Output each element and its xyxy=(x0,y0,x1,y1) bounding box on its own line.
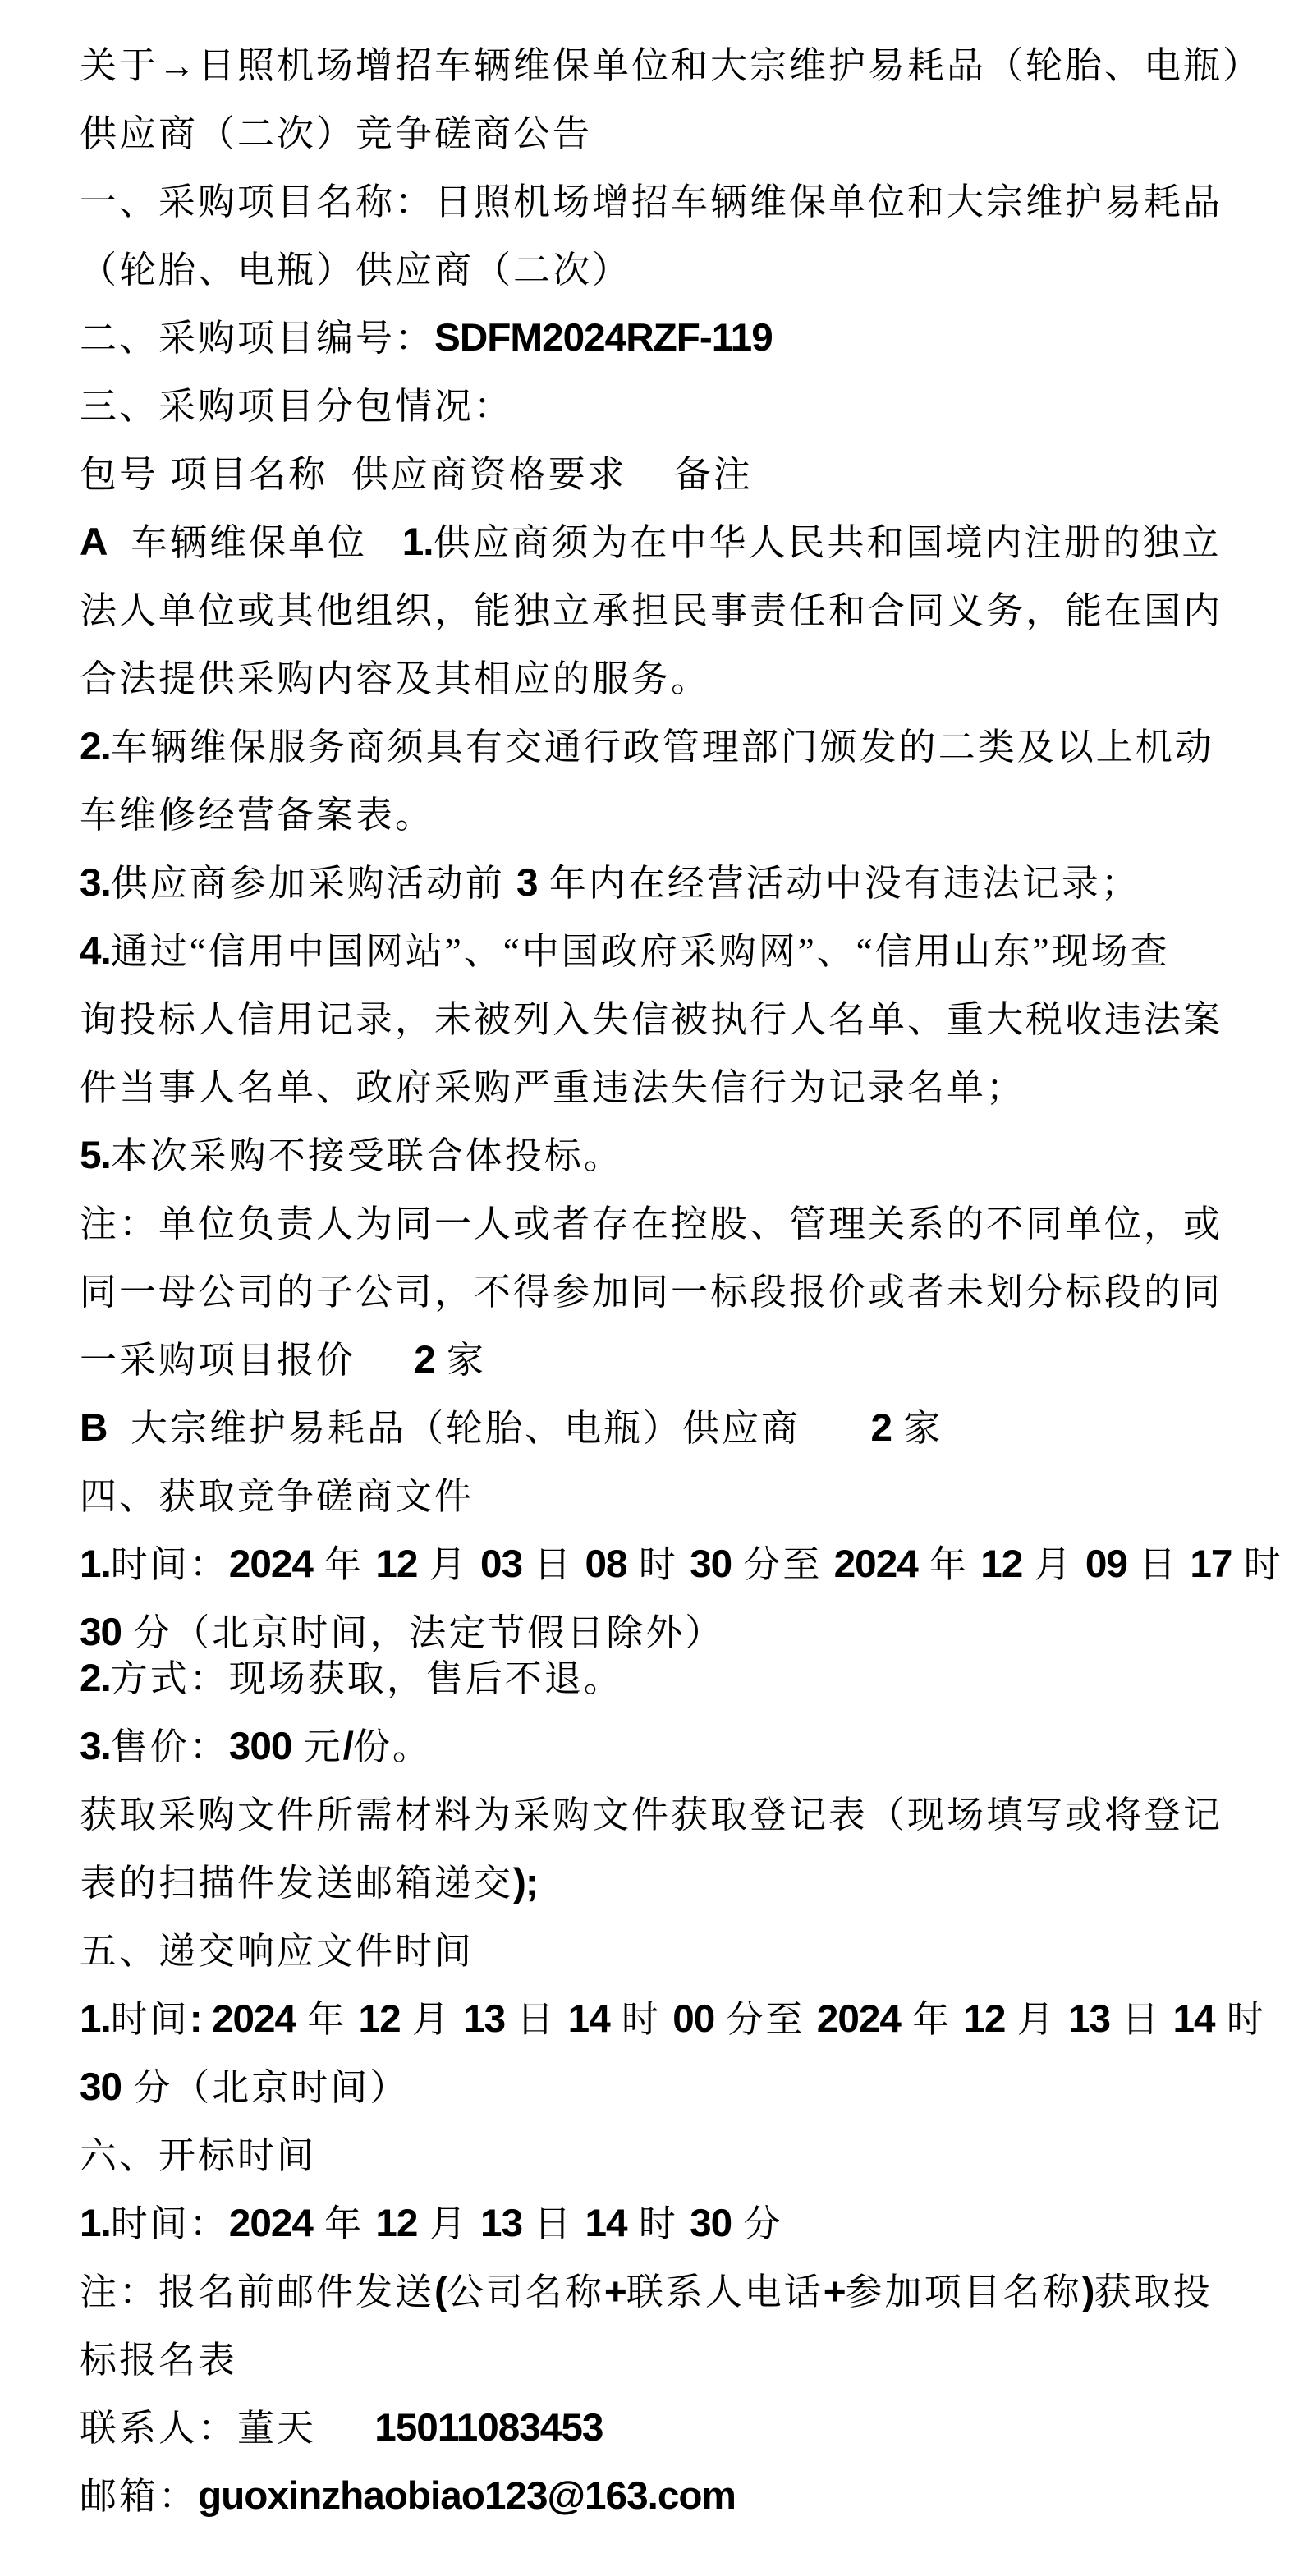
text-run: 月 xyxy=(401,1999,464,2040)
text-line: 1.时间：2024 年 12 月 03 日 08 时 30 分至 2024 年 … xyxy=(80,1545,1270,1584)
text-run-bold: 1. xyxy=(80,1997,111,2041)
text-line: 一、采购项目名称：日照机场增招车辆维保单位和大宗维护易耗品 xyxy=(80,182,1270,222)
text-run: 月 xyxy=(1022,1544,1085,1585)
text-run: 年 xyxy=(313,1544,376,1585)
text-run: 分至 xyxy=(714,1999,817,2040)
text-run-bold: + xyxy=(604,2270,626,2313)
text-run: 六、开标时间 xyxy=(80,2135,316,2176)
text-run: 参加项目名称 xyxy=(846,2271,1082,2312)
text-run-bold: 03 xyxy=(480,1542,522,1586)
text-line: 1.时间：2024 年 12 月 13 日 14 时 30 分 xyxy=(80,2204,1270,2244)
text-run: 时 xyxy=(610,1999,673,2040)
text-run: 年 xyxy=(901,1999,964,2040)
text-run: 供应商参加采购活动前 xyxy=(111,863,516,904)
text-run-bold: 2 xyxy=(414,1338,435,1382)
text-run-bold: 12 xyxy=(375,2202,417,2245)
text-line: 车维修经营备案表。 xyxy=(80,795,1270,835)
text-run: 车辆维保单位 xyxy=(107,522,401,563)
text-run: （轮胎、电瓶）供应商（二次） xyxy=(80,250,631,291)
text-run: 关于→日照机场增招车辆维保单位和大宗维护易耗品（轮胎、电瓶） xyxy=(80,45,1262,86)
text-line: 联系人：董天 15011083453 xyxy=(80,2409,1270,2448)
text-run: 时 xyxy=(1232,1544,1282,1585)
text-run-bold: 2024 xyxy=(229,2202,313,2245)
text-run: 法人单位或其他组织，能独立承担民事责任和合同义务，能在国内 xyxy=(80,590,1223,631)
text-run-bold: 1. xyxy=(80,1542,111,1586)
text-run: 获取采购文件所需材料为采购文件获取登记表（现场填写或将登记 xyxy=(80,1794,1223,1836)
text-run-bold: 13 xyxy=(1068,1997,1110,2041)
text-run-bold: 3 xyxy=(516,861,538,905)
text-run: 二、采购项目编号： xyxy=(80,318,434,359)
text-line: 询投标人信用记录，未被列入失信被执行人名单、重大税收违法案 xyxy=(80,1000,1270,1039)
text-run-bold: 14 xyxy=(1173,1997,1215,2041)
text-run-bold: ( xyxy=(434,2270,447,2313)
text-line: 五、递交响应文件时间 xyxy=(80,1932,1270,1971)
text-run: 年 xyxy=(313,2203,376,2244)
text-line: 3.售价：300 元/份。 xyxy=(80,1727,1270,1767)
text-run-bold: 2024 xyxy=(834,1542,918,1586)
text-line: 4.通过“信用中国网站”、“中国政府采购网”、“信用山东”现场查 xyxy=(80,932,1270,971)
text-line: 法人单位或其他组织，能独立承担民事责任和合同义务，能在国内 xyxy=(80,591,1270,630)
text-run-bold: 2 xyxy=(870,1406,892,1450)
text-run: 分至 xyxy=(732,1544,834,1585)
text-run: 时 xyxy=(627,2203,690,2244)
text-run-bold: 4. xyxy=(80,929,111,973)
text-run-bold: / xyxy=(343,1725,353,1768)
text-run-bold: 2024 xyxy=(212,1997,296,2041)
text-line: 包号 项目名称 供应商资格要求 备注 xyxy=(80,455,1270,494)
text-run-bold: B xyxy=(80,1406,107,1450)
text-run: 日 xyxy=(522,2203,585,2244)
text-run-bold: 12 xyxy=(375,1542,417,1586)
text-run-bold: guoxinzhaobiao123@163.com xyxy=(198,2474,736,2518)
text-run: 包号 项目名称 供应商资格要求 备注 xyxy=(80,454,753,495)
text-run: 供应商（二次）竞争磋商公告 xyxy=(80,113,592,154)
text-run-bold: 2. xyxy=(80,1657,111,1700)
text-run-bold: 12 xyxy=(359,1997,401,2041)
announcement-document: 关于→日照机场增招车辆维保单位和大宗维护易耗品（轮胎、电瓶）供应商（二次）竞争磋… xyxy=(0,0,1303,2516)
text-run-bold: 14 xyxy=(585,2202,627,2245)
text-run: 年 xyxy=(296,1999,359,2040)
text-run: 月 xyxy=(417,2203,480,2244)
text-line: 获取采购文件所需材料为采购文件获取登记表（现场填写或将登记 xyxy=(80,1795,1270,1835)
text-run: 注：单位负责人为同一人或者存在控股、管理关系的不同单位，或 xyxy=(80,1203,1223,1244)
text-run: 年内在经营活动中没有违法记录； xyxy=(538,863,1140,904)
text-run: 时 xyxy=(1215,1999,1266,2040)
text-line: B 大宗维护易耗品（轮胎、电瓶）供应商 2 家 xyxy=(80,1409,1270,1448)
text-run: 表的扫描件发送邮箱递交 xyxy=(80,1863,513,1904)
text-run: 月 xyxy=(1005,1999,1068,2040)
text-run: 供应商须为在中华人民共和国境内注册的独立 xyxy=(434,522,1222,563)
text-run-bold: A xyxy=(80,520,107,564)
text-run: 分（北京时间） xyxy=(122,2067,409,2108)
text-line: 30 分（北京时间） xyxy=(80,2068,1270,2107)
text-run: 时间 xyxy=(111,1999,190,2040)
page: { "page": { "background": "#ffffff", "te… xyxy=(0,0,1303,2576)
text-run-bold: 30 xyxy=(690,1542,732,1586)
text-run: 邮箱： xyxy=(80,2476,198,2517)
text-run: 注：报名前邮件发送 xyxy=(80,2271,434,2312)
text-run-bold: : xyxy=(190,1997,212,2041)
text-line: 邮箱：guoxinzhaobiao123@163.com xyxy=(80,2477,1270,2516)
text-line: 合法提供采购内容及其相应的服务。 xyxy=(80,659,1270,699)
text-run: 元 xyxy=(291,1726,342,1767)
text-line: A 车辆维保单位 1.供应商须为在中华人民共和国境内注册的独立 xyxy=(80,523,1270,562)
text-run-bold: 300 xyxy=(229,1725,292,1768)
text-run: 大宗维护易耗品（轮胎、电瓶）供应商 xyxy=(107,1408,870,1449)
text-line: 30 分（北京时间，法定节假日除外） xyxy=(80,1613,1270,1652)
text-run-bold: 00 xyxy=(672,1997,714,2041)
text-run-bold: 2. xyxy=(80,725,111,768)
text-run-bold: 30 xyxy=(80,2065,122,2109)
text-run: 四、获取竞争磋商文件 xyxy=(80,1476,474,1517)
text-line: 5.本次采购不接受联合体投标。 xyxy=(80,1136,1270,1176)
text-run-bold: 2024 xyxy=(817,1997,901,2041)
text-run-bold: + xyxy=(824,2270,846,2313)
text-line: 一采购项目报价 2 家 xyxy=(80,1341,1270,1380)
text-run: 联系人电话 xyxy=(626,2271,824,2312)
text-run: 份。 xyxy=(353,1726,432,1767)
text-run: 标报名表 xyxy=(80,2340,237,2381)
text-line: 二、采购项目编号：SDFM2024RZF-119 xyxy=(80,319,1270,358)
text-line: 3.供应商参加采购活动前 3 年内在经营活动中没有违法记录； xyxy=(80,864,1270,903)
text-line: 件当事人名单、政府采购严重违法失信行为记录名单； xyxy=(80,1068,1270,1107)
text-run-bold: 2024 xyxy=(229,1542,313,1586)
text-run: 年 xyxy=(918,1544,981,1585)
doc-title-line: 供应商（二次）竞争磋商公告 xyxy=(80,114,1270,154)
text-run: 三、采购项目分包情况： xyxy=(80,386,513,427)
doc-title-line: 关于→日照机场增招车辆维保单位和大宗维护易耗品（轮胎、电瓶） xyxy=(80,46,1270,85)
text-run-bold: 08 xyxy=(585,1542,627,1586)
text-run: 时间： xyxy=(111,2203,229,2244)
text-run: 合法提供采购内容及其相应的服务。 xyxy=(80,658,710,699)
text-run-bold: 09 xyxy=(1085,1542,1127,1586)
text-run-bold: 12 xyxy=(980,1542,1022,1586)
text-line: 三、采购项目分包情况： xyxy=(80,387,1270,426)
text-run: 车辆维保服务商须具有交通行政管理部门颁发的二类及以上机动 xyxy=(111,727,1214,768)
text-run: 联系人：董天 xyxy=(80,2408,374,2449)
text-run: 日 xyxy=(522,1544,585,1585)
text-run: 家 xyxy=(892,1408,943,1449)
text-run: 一、采购项目名称：日照机场增招车辆维保单位和大宗维护易耗品 xyxy=(80,181,1223,222)
text-run: 方式：现场获取，售后不退。 xyxy=(111,1658,623,1699)
text-run: 本次采购不接受联合体投标。 xyxy=(111,1135,623,1176)
text-run-bold: 3. xyxy=(80,1725,111,1768)
text-run: 一采购项目报价 xyxy=(80,1340,414,1381)
text-run-bold: 12 xyxy=(963,1997,1005,2041)
text-run: 件当事人名单、政府采购严重违法失信行为记录名单； xyxy=(80,1067,1025,1108)
text-run-bold: ); xyxy=(513,1861,538,1904)
text-run: 售价： xyxy=(111,1726,229,1767)
text-run: 通过“信用中国网站”、“中国政府采购网”、“信用山东”现场查 xyxy=(111,931,1170,972)
text-run: 家 xyxy=(435,1340,486,1381)
text-run-bold: 13 xyxy=(463,1997,505,2041)
text-run-bold: ) xyxy=(1082,2270,1094,2313)
text-run-bold: 30 xyxy=(80,1611,122,1654)
text-run: 车维修经营备案表。 xyxy=(80,795,434,836)
text-line: 表的扫描件发送邮箱递交); xyxy=(80,1863,1270,1903)
text-run-bold: 13 xyxy=(480,2202,522,2245)
text-run-bold: 15011083453 xyxy=(374,2406,603,2450)
text-run: 月 xyxy=(417,1544,480,1585)
text-run-bold: 17 xyxy=(1190,1542,1232,1586)
text-line: 2.车辆维保服务商须具有交通行政管理部门颁发的二类及以上机动 xyxy=(80,727,1270,767)
text-run-bold: 5. xyxy=(80,1134,111,1177)
text-run: 时 xyxy=(627,1544,690,1585)
text-run-bold: 3. xyxy=(80,861,111,905)
text-run: 询投标人信用记录，未被列入失信被执行人名单、重大税收违法案 xyxy=(80,999,1223,1040)
text-run: 分 xyxy=(732,2203,782,2244)
text-run-bold: 14 xyxy=(568,1997,610,2041)
text-run: 五、递交响应文件时间 xyxy=(80,1931,474,1972)
text-run: 公司名称 xyxy=(447,2271,604,2312)
text-line: 四、获取竞争磋商文件 xyxy=(80,1477,1270,1516)
text-line: 同一母公司的子公司，不得参加同一标段报价或者未划分标段的同 xyxy=(80,1272,1270,1312)
text-run: 时间： xyxy=(111,1544,229,1585)
text-line: 1.时间: 2024 年 12 月 13 日 14 时 00 分至 2024 年… xyxy=(80,2000,1270,2039)
text-line: 注：单位负责人为同一人或者存在控股、管理关系的不同单位，或 xyxy=(80,1204,1270,1244)
text-run-bold: SDFM2024RZF-119 xyxy=(434,316,773,360)
text-line: 注：报名前邮件发送(公司名称+联系人电话+参加项目名称)获取投 xyxy=(80,2272,1270,2312)
text-run-bold: 1. xyxy=(80,2202,111,2245)
text-run: 同一母公司的子公司，不得参加同一标段报价或者未划分标段的同 xyxy=(80,1272,1223,1313)
text-run: 日 xyxy=(1110,1999,1173,2040)
text-run-bold: 1. xyxy=(402,520,434,564)
text-line: 标报名表 xyxy=(80,2340,1270,2380)
text-line: 2.方式：现场获取，售后不退。 xyxy=(80,1659,1270,1698)
text-run: 日 xyxy=(1127,1544,1191,1585)
text-line: 六、开标时间 xyxy=(80,2136,1270,2175)
text-run: 日 xyxy=(505,1999,568,2040)
text-run-bold: 30 xyxy=(690,2202,732,2245)
text-line: （轮胎、电瓶）供应商（二次） xyxy=(80,250,1270,290)
text-run: 分（北京时间，法定节假日除外） xyxy=(122,1612,724,1653)
text-run: 获取投 xyxy=(1094,2271,1213,2312)
